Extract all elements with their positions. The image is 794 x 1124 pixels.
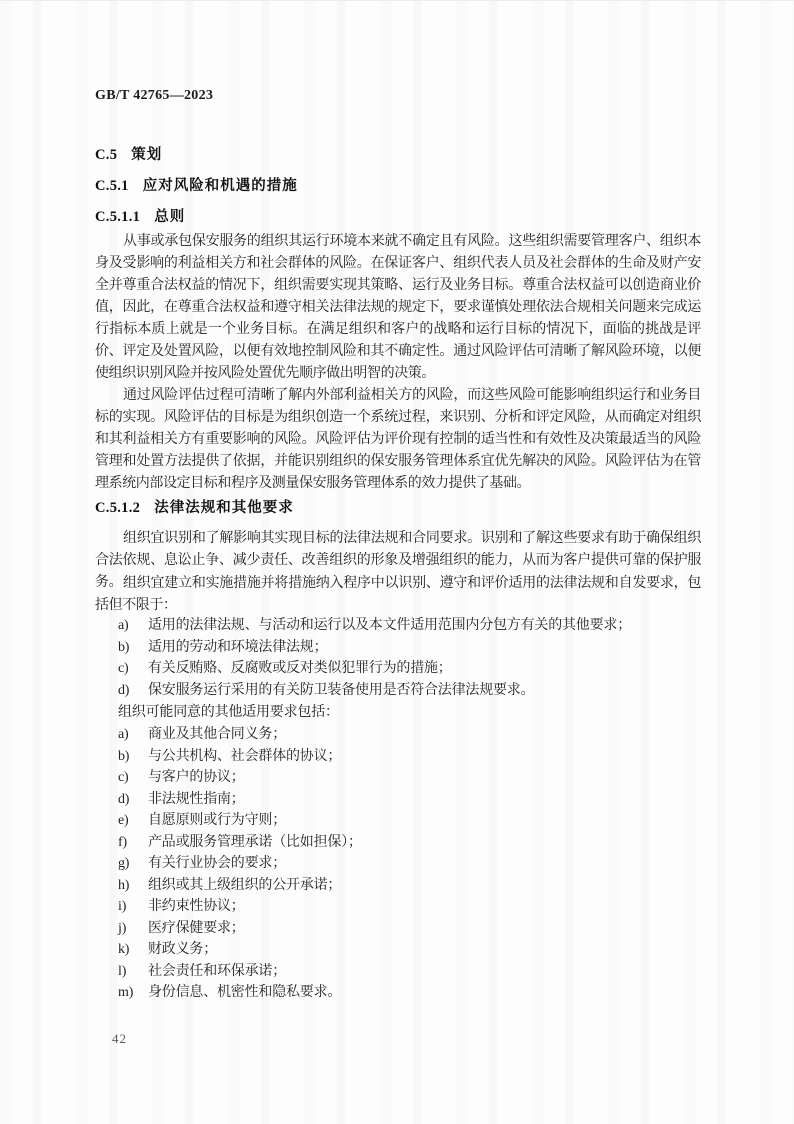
list-item: b) 适用的劳动和环境法律法规； [95, 637, 701, 659]
list-item: i) 非约束性协议； [95, 896, 701, 918]
section-number: C.5 [95, 147, 117, 163]
list-item: d) 保安服务运行采用的有关防卫装备使用是否符合法律法规要求。 [95, 680, 701, 702]
list-item-label: k) [118, 939, 148, 961]
list-item-label: m) [118, 982, 148, 1004]
list-item-text: 保安服务运行采用的有关防卫装备使用是否符合法律法规要求。 [148, 680, 701, 702]
section-title: 应对风险和机遇的措施 [143, 178, 298, 194]
list-item-text: 非约束性协议； [148, 896, 701, 918]
standard-code-header: GB/T 42765—2023 [95, 88, 701, 104]
list-item: b) 与公共机构、社会群体的协议； [95, 746, 701, 768]
list-item: c) 与客户的协议； [95, 767, 701, 789]
list-item-text: 适用的法律法规、与活动和运行以及本文件适用范围内分包方有关的其他要求； [148, 615, 701, 637]
list-item: a) 适用的法律法规、与活动和运行以及本文件适用范围内分包方有关的其他要求； [95, 615, 701, 637]
section-title: 总则 [154, 209, 185, 225]
section-heading-c511: C.5.1.1总则 [95, 206, 701, 228]
list-item-text: 有关反贿赂、反腐败或反对类似犯罪行为的措施； [148, 658, 701, 680]
section-heading-c512: C.5.1.2法律法规和其他要求 [95, 497, 701, 519]
list-item: l) 社会责任和环保承诺； [95, 961, 701, 983]
list-item-label: b) [118, 637, 148, 659]
list-item-text: 产品或服务管理承诺（比如担保）； [148, 832, 701, 854]
section-number: C.5.1.1 [95, 209, 140, 225]
list-item: d) 非法规性指南； [95, 789, 701, 811]
list-item-text: 有关行业协会的要求； [148, 853, 701, 875]
document-page: GB/T 42765—2023 C.5策划 C.5.1应对风险和机遇的措施 C.… [0, 0, 794, 1124]
list-item-text: 社会责任和环保承诺； [148, 961, 701, 983]
list-item-label: a) [118, 724, 148, 746]
list-item-text: 非法规性指南； [148, 789, 701, 811]
list-item-text: 商业及其他合同义务； [148, 724, 701, 746]
list-item: k) 财政义务； [95, 939, 701, 961]
standard-number: GB/T 42765—2023 [95, 88, 213, 103]
list-item-label: f) [118, 832, 148, 854]
legal-requirements-list: a) 适用的法律法规、与活动和运行以及本文件适用范围内分包方有关的其他要求； b… [95, 615, 701, 701]
list-item-text: 财政义务； [148, 939, 701, 961]
list-item-label: d) [118, 789, 148, 811]
paragraph-risk-overview: 从事或承包保安服务的组织其运行环境本来就不确定且有风险。这些组织需要管理客户、组… [95, 231, 701, 385]
list-item-label: c) [118, 658, 148, 680]
list-item-label: e) [118, 810, 148, 832]
section-number: C.5.1.2 [95, 500, 140, 516]
list-item-text: 组织或其上级组织的公开承诺； [148, 875, 701, 897]
list-item: c) 有关反贿赂、反腐败或反对类似犯罪行为的措施； [95, 658, 701, 680]
list-item-text: 与公共机构、社会群体的协议； [148, 746, 701, 768]
list-item-label: h) [118, 875, 148, 897]
list-item-text: 身份信息、机密性和隐私要求。 [148, 982, 701, 1004]
list-item-text: 医疗保健要求； [148, 918, 701, 940]
section-heading-c51: C.5.1应对风险和机遇的措施 [95, 175, 701, 197]
section-heading-c5: C.5策划 [95, 144, 701, 166]
other-requirements-list: a) 商业及其他合同义务； b) 与公共机构、社会群体的协议； c) 与客户的协… [95, 724, 701, 1004]
list-item: e) 自愿原则或行为守则； [95, 810, 701, 832]
list-item: j) 医疗保健要求； [95, 918, 701, 940]
list-item: g) 有关行业协会的要求； [95, 853, 701, 875]
list-item: m) 身份信息、机密性和隐私要求。 [95, 982, 701, 1004]
paragraph-risk-assessment: 通过风险评估过程可清晰了解内外部利益相关方的风险，而这些风险可能影响组织运行和业… [95, 385, 701, 495]
paragraph-legal-measures: 组织宜建立和实施措施并将措施纳入程序中以识别、遵守和评价适用的法律法规和自发要求… [95, 573, 701, 617]
section-number: C.5.1 [95, 178, 129, 194]
section-title: 法律法规和其他要求 [154, 500, 294, 516]
list-item: f) 产品或服务管理承诺（比如担保）； [95, 832, 701, 854]
section-title: 策划 [131, 147, 162, 163]
list-item: h) 组织或其上级组织的公开承诺； [95, 875, 701, 897]
list-item-text: 自愿原则或行为守则； [148, 810, 701, 832]
list-item-label: i) [118, 896, 148, 918]
other-requirements-intro: 组织可能同意的其他适用要求包括： [95, 702, 701, 724]
list-item-label: c) [118, 767, 148, 789]
list-item-label: a) [118, 615, 148, 637]
list-item-label: g) [118, 853, 148, 875]
list-item-label: j) [118, 918, 148, 940]
list-item-text: 适用的劳动和环境法律法规； [148, 637, 701, 659]
list-item-label: b) [118, 746, 148, 768]
page-number: 42 [112, 1031, 127, 1047]
list-item: a) 商业及其他合同义务； [95, 724, 701, 746]
list-item-label: d) [118, 680, 148, 702]
list-item-text: 与客户的协议； [148, 767, 701, 789]
list-item-label: l) [118, 961, 148, 983]
